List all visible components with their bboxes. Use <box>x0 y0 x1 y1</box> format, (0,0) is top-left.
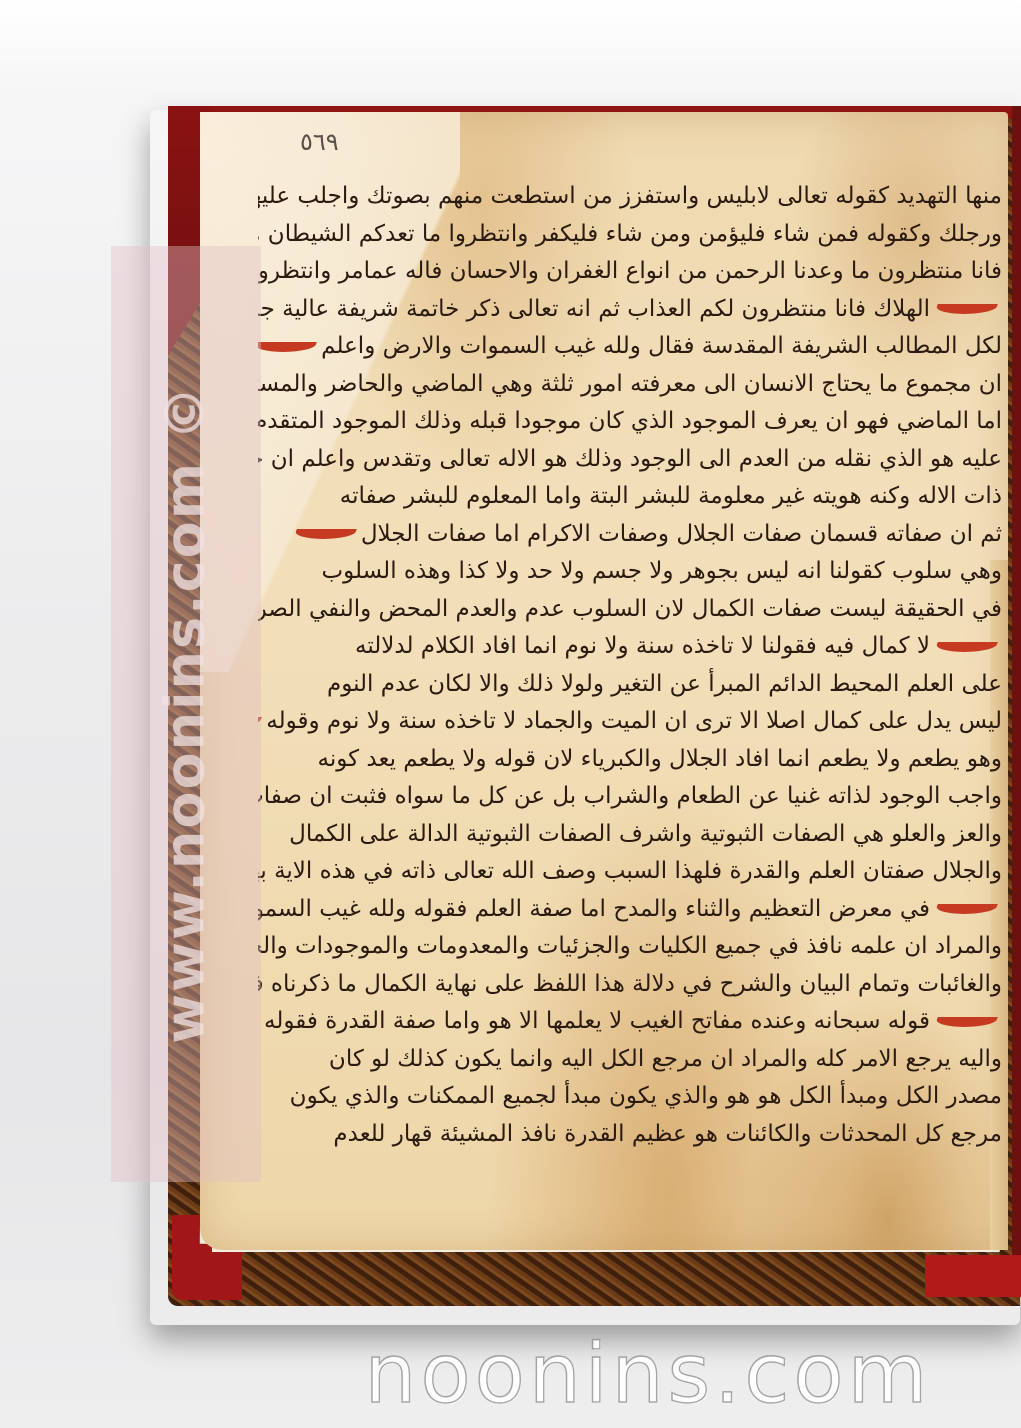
text-line-content: الهلاك فانا منتظرون لكم العذاب ثم انه تع… <box>258 296 930 322</box>
text-line: ان مجموع ما يحتاج الانسان الى معرفته امو… <box>258 366 1002 404</box>
text-line: عليه هو الذي نقله من العدم الى الوجود وذ… <box>258 441 1002 479</box>
text-line: واجب الوجود لذاته غنيا عن الطعام والشراب… <box>258 778 1002 816</box>
text-line: مرجع كل المحدثات والكائنات هو عظيم القدر… <box>258 1116 1002 1154</box>
rubric-mark <box>258 342 317 352</box>
cover-red-edge-right <box>1012 106 1021 1296</box>
text-line: واليه يرجع الامر كله والمراد ان مرجع الك… <box>258 1041 1002 1079</box>
text-line: وهو يطعم ولا يطعم انما افاد الجلال والكب… <box>258 741 1002 779</box>
text-line: ورجلك وكقوله فمن شاء فليؤمن ومن شاء فليك… <box>258 216 1002 254</box>
text-line-content: لا كمال فيه فقولنا لا تاخذه سنة ولا نوم … <box>355 633 930 659</box>
text-line: فانا منتظرون ما وعدنا الرحمن من انواع ال… <box>258 253 1002 291</box>
text-line-content: قوله سبحانه وعنده مفاتح الغيب لا يعلمها … <box>264 1008 930 1034</box>
text-line: منها التهديد كقوله تعالى لابليس واستفزز … <box>258 178 1002 216</box>
text-line: في معرض التعظيم والثناء والمدح اما صفة ا… <box>258 891 1002 929</box>
folio-number: ٥٦٩ <box>300 128 339 156</box>
text-line: ليس يدل على كمال اصلا الا ترى ان الميت و… <box>258 703 1002 741</box>
text-line-content: لكل المطالب الشريفة المقدسة فقال ولله غي… <box>321 333 1002 359</box>
text-line: والجلال صفتان العلم والقدرة فلهذا السبب … <box>258 853 1002 891</box>
text-line: والمراد ان علمه نافذ في جميع الكليات وال… <box>258 928 1002 966</box>
text-line-content: في معرض التعظيم والثناء والمدح اما صفة ا… <box>258 896 930 922</box>
cover-red-corner-bottom-right <box>925 1255 1021 1297</box>
rubric-mark <box>934 304 998 314</box>
text-line-content: ليس يدل على كمال اصلا الا ترى ان الميت و… <box>266 708 1002 734</box>
text-line: والعز والعلو هي الصفات الثبوتية واشرف ال… <box>258 816 1002 854</box>
text-line: مصدر الكل ومبدأ الكل هو هو والذي يكون مب… <box>258 1078 1002 1116</box>
text-line: والغائبات وتمام البيان والشرح في دلالة ه… <box>258 966 1002 1004</box>
manuscript-text: منها التهديد كقوله تعالى لابليس واستفزز … <box>258 178 1002 1153</box>
text-line: لا كمال فيه فقولنا لا تاخذه سنة ولا نوم … <box>258 628 1002 666</box>
rubric-mark <box>934 642 998 652</box>
text-line: اما الماضي فهو ان يعرف الموجود الذي كان … <box>258 403 1002 441</box>
rubric-mark <box>934 904 998 914</box>
rubric-mark <box>293 529 357 539</box>
watermark-vertical: www.noonins.com © <box>154 384 217 1044</box>
text-line: الهلاك فانا منتظرون لكم العذاب ثم انه تع… <box>258 291 1002 329</box>
text-line: ذات الاله وكنه هويته غير معلومة للبشر ال… <box>258 478 1002 516</box>
text-line: وهي سلوب كقولنا انه ليس بجوهر ولا جسم ول… <box>258 553 1002 591</box>
watermark-bottom: noonins.com <box>338 1325 958 1425</box>
text-line-content: ثم ان صفاته قسمان صفات الجلال وصفات الاك… <box>361 521 1002 547</box>
text-line: قوله سبحانه وعنده مفاتح الغيب لا يعلمها … <box>258 1003 1002 1041</box>
text-line: على العلم المحيط الدائم المبرأ عن التغير… <box>258 666 1002 704</box>
text-line: في الحقيقة ليست صفات الكمال لان السلوب ع… <box>258 591 1002 629</box>
text-line: ثم ان صفاته قسمان صفات الجلال وصفات الاك… <box>258 516 1002 554</box>
rubric-mark <box>934 1017 998 1027</box>
text-line: لكل المطالب الشريفة المقدسة فقال ولله غي… <box>258 328 1002 366</box>
